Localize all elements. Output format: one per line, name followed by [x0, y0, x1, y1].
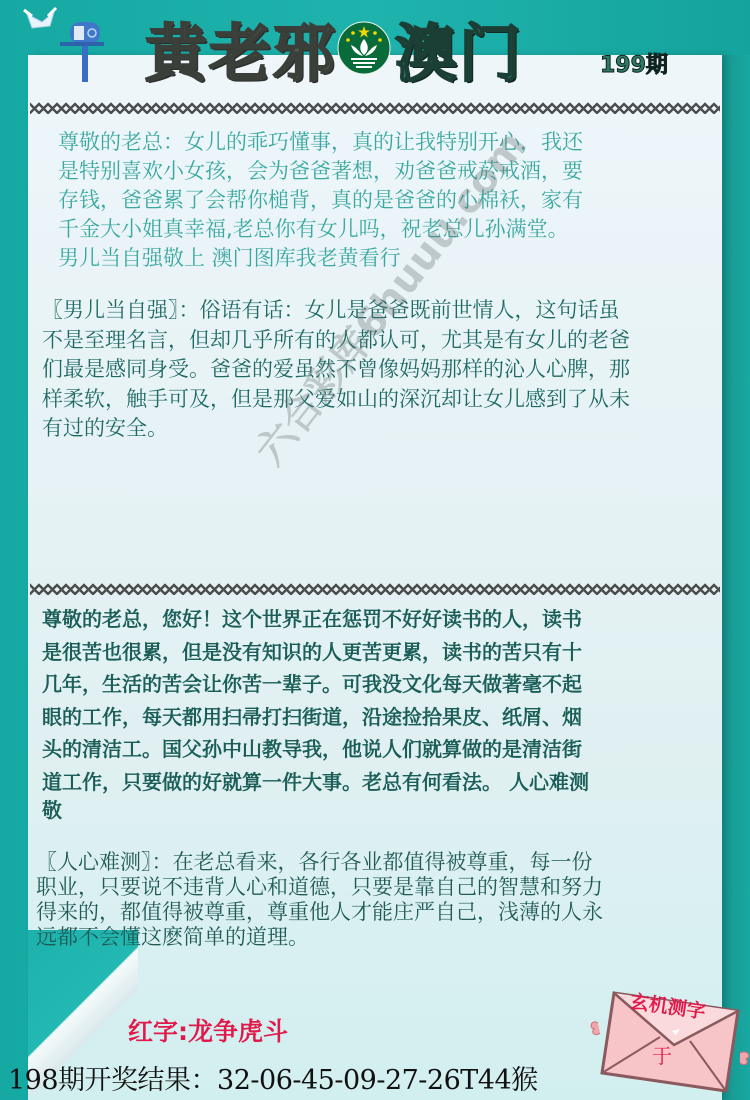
title-char: 老: [209, 4, 269, 93]
text-line: 尊敬的老总，您好！这个世界正在惩罚不好好读书的人，读书: [42, 603, 710, 636]
text-line: 远都不会懂这麽简单的道理。: [36, 925, 710, 950]
text-line: 样柔软，触手可及，但是那父爱如山的深沉却让女儿感到了从未: [42, 385, 710, 415]
text-line: 存钱，爸爸累了会帮你槌背，真的是爸爸的小棉袄，家有: [58, 186, 708, 215]
macau-emblem-icon: [337, 21, 391, 75]
title-char: 门: [459, 4, 519, 93]
divider: [30, 102, 720, 114]
draw-result: 198期开奖结果：32-06-45-09-27-26T44猴: [8, 1058, 538, 1097]
envelope-char: 于: [652, 1040, 672, 1069]
issue-number: 199期: [600, 48, 668, 79]
text-line: 敬: [42, 798, 710, 822]
text-line: 职业，只要说不违背人心和道德，只要是靠自己的智慧和努力: [36, 875, 710, 900]
red-hint-text: 红字:龙争虎斗: [128, 1012, 288, 1048]
text-line: 是很苦也很累，但是没有知识的人更苦更累，读书的苦只有十: [42, 636, 710, 669]
right-border-band: [722, 55, 750, 1100]
text-line: 几年，生活的苦会让你苦一辈子。可我没文化每天做著毫不起: [42, 668, 710, 701]
text-line: 们最是感同身受。爸爸的爱虽然不曾像妈妈那样的沁人心脾，那: [42, 355, 710, 385]
text-line: 〖人心难测〗：在老总看来，各行各业都值得被尊重，每一份: [36, 850, 710, 875]
divider: [30, 583, 720, 595]
title-char: 邪: [273, 4, 333, 93]
text-line: 尊敬的老总：女儿的乖巧懂事，真的让我特别开心，我还: [58, 128, 708, 157]
section2-answer: 〖人心难测〗：在老总看来，各行各业都值得被尊重，每一份 职业，只要说不违背人心和…: [36, 850, 710, 950]
section1-question: 尊敬的老总：女儿的乖巧懂事，真的让我特别开心，我还 是特别喜欢小女孩，会为爸爸著…: [58, 128, 708, 273]
text-line: 是特别喜欢小女孩，会为爸爸著想，劝爸爸戒菸戒酒，要: [58, 157, 708, 186]
mailbox-icon: [22, 4, 112, 84]
text-line: 千金大小姐真幸福,老总你有女儿吗，祝老总儿孙满堂。: [58, 215, 708, 244]
section2-question: 尊敬的老总，您好！这个世界正在惩罚不好好读书的人，读书 是很苦也很累，但是没有知…: [42, 603, 710, 822]
page-title: 黄 老 邪 澳 门: [145, 8, 519, 88]
text-line: 得来的，都值得被尊重，尊重他人才能庄严自己，浅薄的人永: [36, 900, 710, 925]
text-line: 头的清洁工。国父孙中山教导我，他说人们就算做的是清洁街: [42, 733, 710, 766]
title-char: 澳: [395, 4, 455, 93]
text-line: 有过的安全。: [42, 414, 710, 444]
text-line: 眼的工作，每天都用扫帚打扫街道，沿途捡拾果皮、纸屑、烟: [42, 701, 710, 734]
text-line: 道工作，只要做的好就算一件大事。老总有何看法。 人心难测: [42, 766, 710, 799]
title-char: 黄: [145, 4, 205, 93]
